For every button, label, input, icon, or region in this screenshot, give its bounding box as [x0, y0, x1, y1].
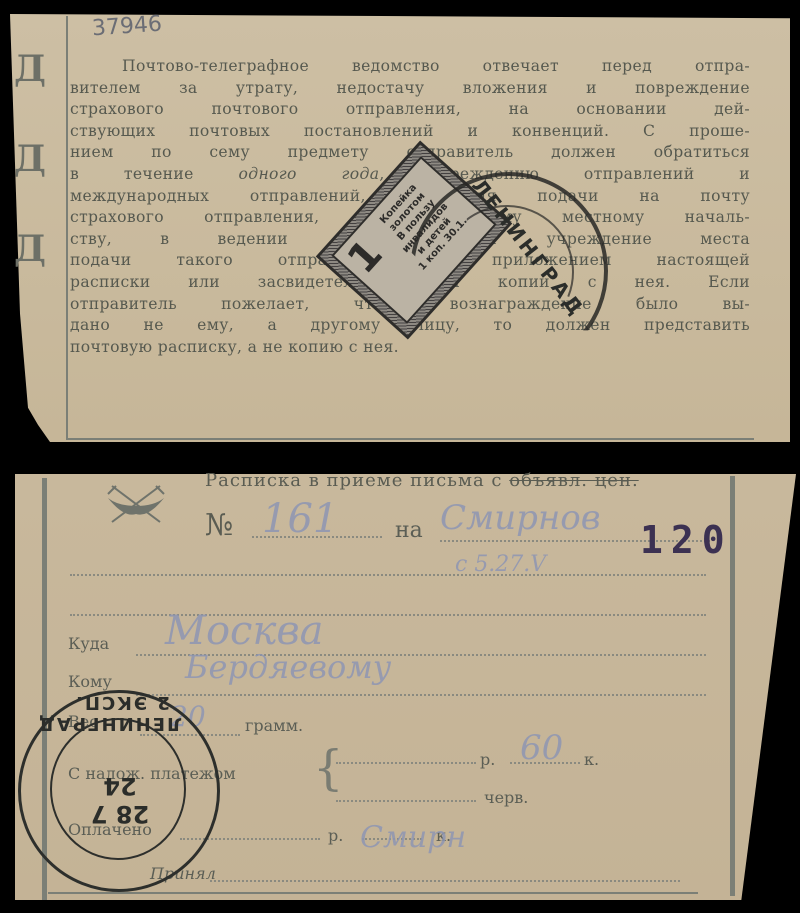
cod-cherv-unit: черв. — [484, 788, 528, 807]
numero-label: № — [205, 508, 233, 543]
notice-line: вителем за утрату, недостачу вложения и … — [70, 78, 750, 100]
na-label: на — [395, 518, 423, 543]
blank-line — [70, 574, 706, 576]
weight-unit: грамм. — [245, 716, 303, 735]
notice-line: почтовую расписку, а не копию с нея. — [70, 337, 750, 359]
struck-value-text: объявл. цен. — [509, 470, 638, 491]
cod-rub-unit: р. — [480, 750, 495, 769]
bottom-rule — [66, 438, 754, 440]
stamped-number: 120 — [640, 518, 733, 562]
cod-kop-unit: к. — [584, 750, 599, 769]
notice-line: ствующих почтовых постановлений и конвен… — [70, 121, 750, 143]
side-ornament: Д Д Д — [14, 24, 46, 294]
stamp-value: 1 — [351, 242, 379, 271]
field-line-komu — [136, 694, 706, 696]
italic-phrase: одного года — [238, 165, 379, 183]
paid-value: Смирн — [360, 820, 466, 855]
postmark-date: 28 7 24 — [70, 772, 170, 828]
cod-value: 60 — [520, 728, 563, 768]
brace: { — [313, 740, 344, 796]
field-label-komu: Кому — [68, 672, 112, 691]
receipt-bottom-rule — [48, 892, 698, 894]
postmark-text: ЛЕНИНГРАД 2 ЭКСП. — [62, 692, 182, 734]
recipient-value: Бердяевому — [185, 648, 391, 686]
cod-cherv-line — [336, 800, 476, 802]
post-horn-emblem-icon — [104, 484, 168, 526]
field-label-kuda: Куда — [68, 634, 109, 653]
sender-name: Смирнов — [440, 498, 601, 538]
date-note: с 5.27.V — [455, 552, 546, 577]
receipt-title: Расписка в приеме письма с объявл. цен. — [205, 470, 639, 491]
accepted-line — [210, 880, 680, 882]
inventory-number: 37946 — [91, 12, 163, 42]
paid-rub-unit: р. — [328, 826, 343, 845]
notice-line: страхового почтового отправления, на осн… — [70, 99, 750, 121]
margin-rule — [66, 16, 68, 440]
receipt-number: 161 — [262, 496, 338, 542]
cod-rub-line — [336, 762, 476, 764]
notice-line: Почтово-телеграфное ведомство отвечает п… — [70, 56, 750, 78]
